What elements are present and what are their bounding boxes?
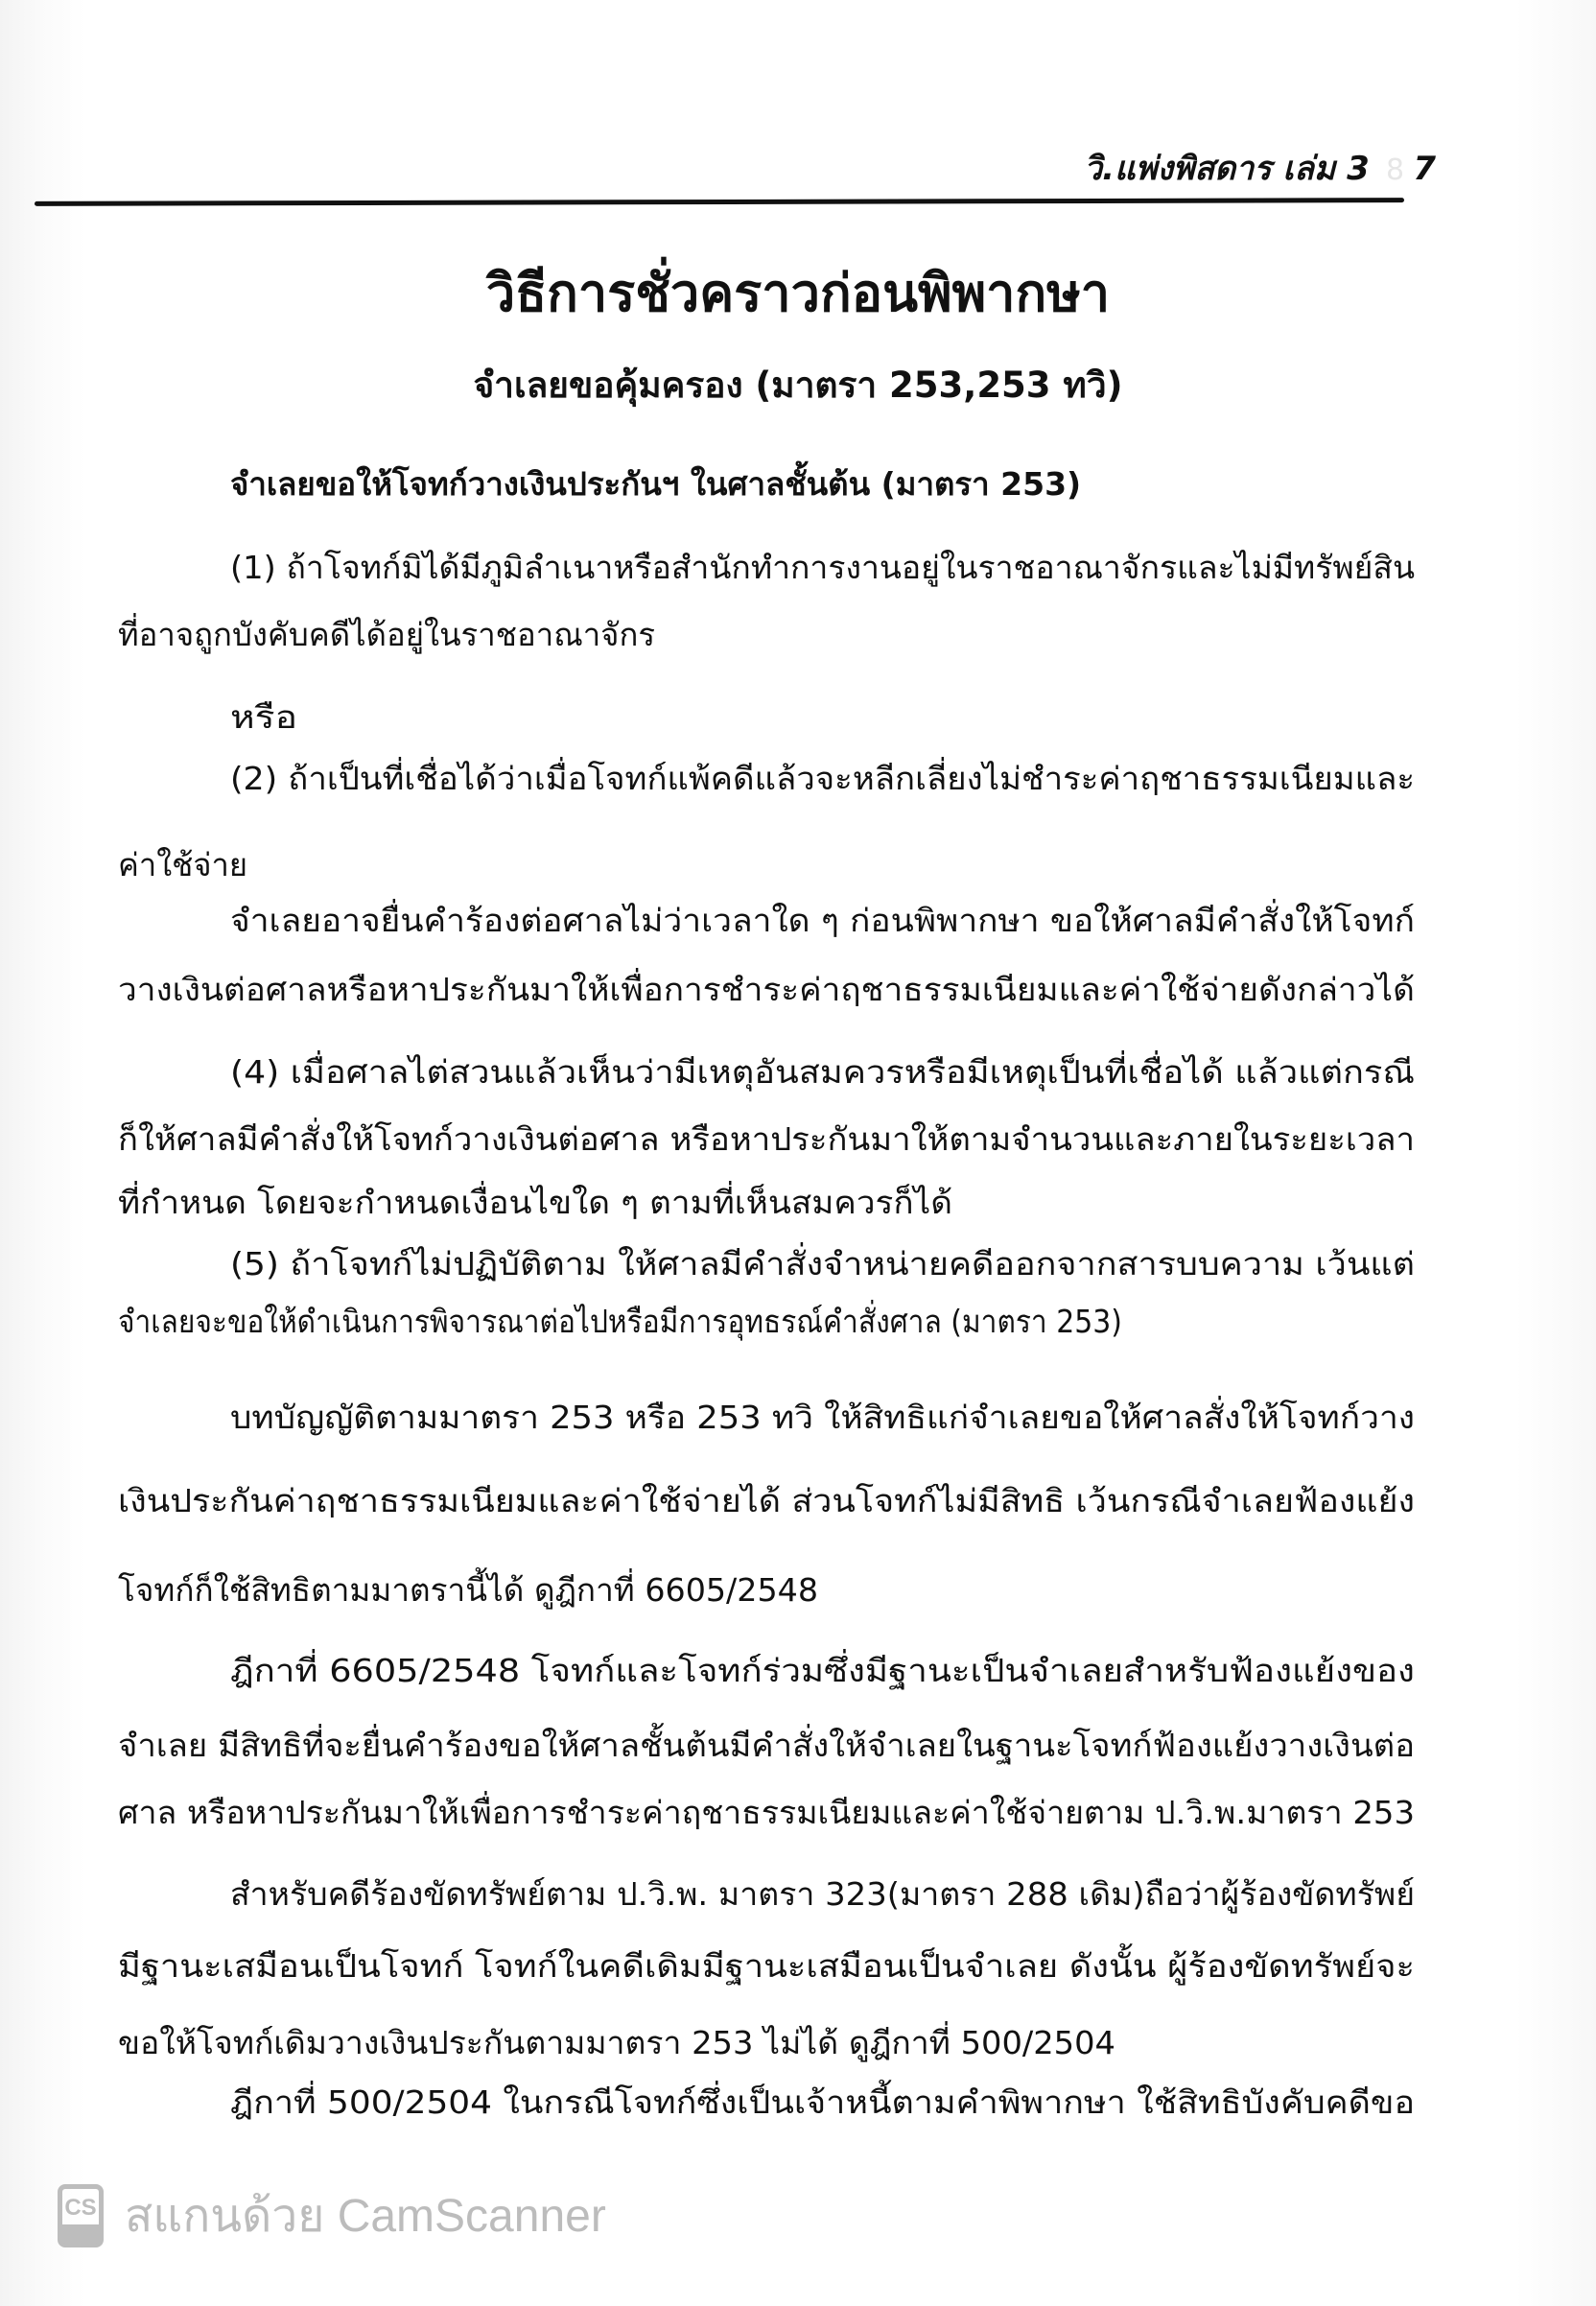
logo-text: CS bbox=[64, 2195, 96, 2222]
text-line: ฎีกาที่ 6605/2548 โจทก์และโจทก์ร่วมซึ่งม… bbox=[230, 1652, 1415, 1690]
scanned-page: วิ.แพ่งพิสดาร เล่ม 3 7 8 วิธีการชั่วคราว… bbox=[0, 0, 1596, 2306]
watermark-label: สแกนด้วย CamScanner bbox=[125, 2179, 606, 2252]
text-line: มีฐานะเสมือนเป็นโจทก์ โจทก์ในคดีเดิมมีฐา… bbox=[118, 1947, 1415, 1986]
camscanner-logo-icon: CS bbox=[58, 2184, 104, 2247]
text-line: ศาล หรือหาประกันมาให้เพื่อการชำระค่าฤชาธ… bbox=[118, 1794, 1415, 1832]
camscanner-watermark: CS สแกนด้วย CamScanner bbox=[58, 2179, 606, 2252]
running-header: วิ.แพ่งพิสดาร เล่ม 3 7 bbox=[1084, 142, 1436, 194]
page-title: วิธีการชั่วคราวก่อนพิพากษา bbox=[0, 251, 1596, 334]
text-line: หรือ bbox=[230, 698, 297, 737]
text-line: (4) เมื่อศาลไต่สวนแล้วเห็นว่ามีเหตุอันสม… bbox=[230, 1053, 1415, 1092]
text-line: จำเลยจะขอให้ดำเนินการพิจารณาต่อไปหรือมีก… bbox=[118, 1303, 1122, 1341]
section-heading: จำเลยขอให้โจทก์วางเงินประกันฯ ในศาลชั้นต… bbox=[230, 459, 1081, 509]
text-line: บทบัญญัติตามมาตรา 253 หรือ 253 ทวิ ให้สิ… bbox=[230, 1399, 1415, 1437]
text-line: ก็ให้ศาลมีคำสั่งให้โจทก์วางเงินต่อศาล หร… bbox=[118, 1120, 1415, 1159]
text-line: เงินประกันค่าฤชาธรรมเนียมและค่าใช้จ่ายได… bbox=[118, 1482, 1415, 1520]
header-rule bbox=[35, 198, 1404, 206]
text-line: สำหรับคดีร้องขัดทรัพย์ตาม ป.วิ.พ. มาตรา … bbox=[230, 1875, 1415, 1914]
text-line: ฎีกาที่ 500/2504 ในกรณีโจทก์ซึ่งเป็นเจ้า… bbox=[230, 2083, 1415, 2122]
page-number: 7 bbox=[1413, 150, 1436, 188]
bleed-through-number: 8 bbox=[1386, 153, 1404, 187]
text-line: (1) ถ้าโจทก์มิได้มีภูมิลำเนาหรือสำนักทำก… bbox=[230, 549, 1415, 587]
text-line: จำเลย มีสิทธิที่จะยื่นคำร้องขอให้ศาลชั้น… bbox=[118, 1727, 1415, 1765]
subtitle: จำเลยขอคุ้มครอง (มาตรา 253,253 ทวิ) bbox=[0, 357, 1596, 413]
text-line: ที่กำหนด โดยจะกำหนดเงื่อนไขใด ๆ ตามที่เห… bbox=[118, 1184, 952, 1222]
text-line: วางเงินต่อศาลหรือหาประกันมาให้เพื่อการชำ… bbox=[118, 971, 1415, 1009]
text-line: (2) ถ้าเป็นที่เชื่อได้ว่าเมื่อโจทก์แพ้คด… bbox=[230, 760, 1415, 798]
text-line: (5) ถ้าโจทก์ไม่ปฏิบัติตาม ให้ศาลมีคำสั่ง… bbox=[230, 1245, 1415, 1283]
text-line: ค่าใช้จ่าย bbox=[118, 846, 247, 884]
text-line: ที่อาจถูกบังคับคดีได้อยู่ในราชอาณาจักร bbox=[118, 616, 655, 654]
text-line: จำเลยอาจยื่นคำร้องต่อศาลไม่ว่าเวลาใด ๆ ก… bbox=[230, 902, 1415, 940]
text-line: โจทก์ก็ใช้สิทธิตามมาตรานี้ได้ ดูฎีกาที่ … bbox=[118, 1571, 818, 1610]
text-line: ขอให้โจทก์เดิมวางเงินประกันตามมาตรา 253 … bbox=[118, 2024, 1115, 2062]
running-title: วิ.แพ่งพิสดาร เล่ม 3 bbox=[1084, 150, 1370, 188]
